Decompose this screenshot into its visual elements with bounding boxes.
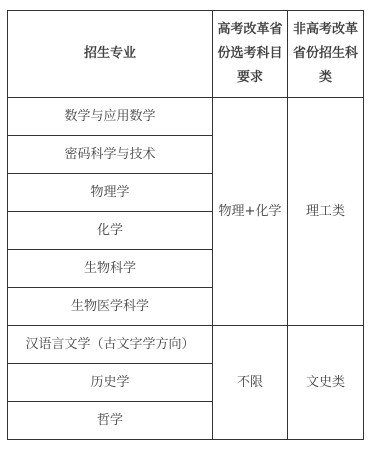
major-cell: 哲学 [8, 402, 213, 440]
admission-majors-table: 招生专业 高考改革省份选考科目要求 非高考改革省份招生科类 数学与应用数学 物理… [7, 10, 364, 440]
major-cell: 汉语言文学（古文字学方向） [8, 326, 213, 364]
major-cell: 历史学 [8, 364, 213, 402]
table-row: 数学与应用数学 物理+化学 理工类 [8, 98, 364, 136]
major-cell: 生物医学科学 [8, 288, 213, 326]
header-subject-requirement: 高考改革省份选考科目要求 [213, 11, 288, 98]
page: 招生专业 高考改革省份选考科目要求 非高考改革省份招生科类 数学与应用数学 物理… [0, 10, 372, 465]
major-cell: 密码科学与技术 [8, 136, 213, 174]
subject-requirement-cell: 不限 [213, 326, 288, 440]
table-row: 汉语言文学（古文字学方向） 不限 文史类 [8, 326, 364, 364]
major-cell: 物理学 [8, 174, 213, 212]
header-category: 非高考改革省份招生科类 [288, 11, 364, 98]
subject-requirement-cell: 物理+化学 [213, 98, 288, 326]
major-cell: 生物科学 [8, 250, 213, 288]
header-row: 招生专业 高考改革省份选考科目要求 非高考改革省份招生科类 [8, 11, 364, 98]
header-major: 招生专业 [8, 11, 213, 98]
category-cell: 理工类 [288, 98, 364, 326]
major-cell: 化学 [8, 212, 213, 250]
category-cell: 文史类 [288, 326, 364, 440]
major-cell: 数学与应用数学 [8, 98, 213, 136]
